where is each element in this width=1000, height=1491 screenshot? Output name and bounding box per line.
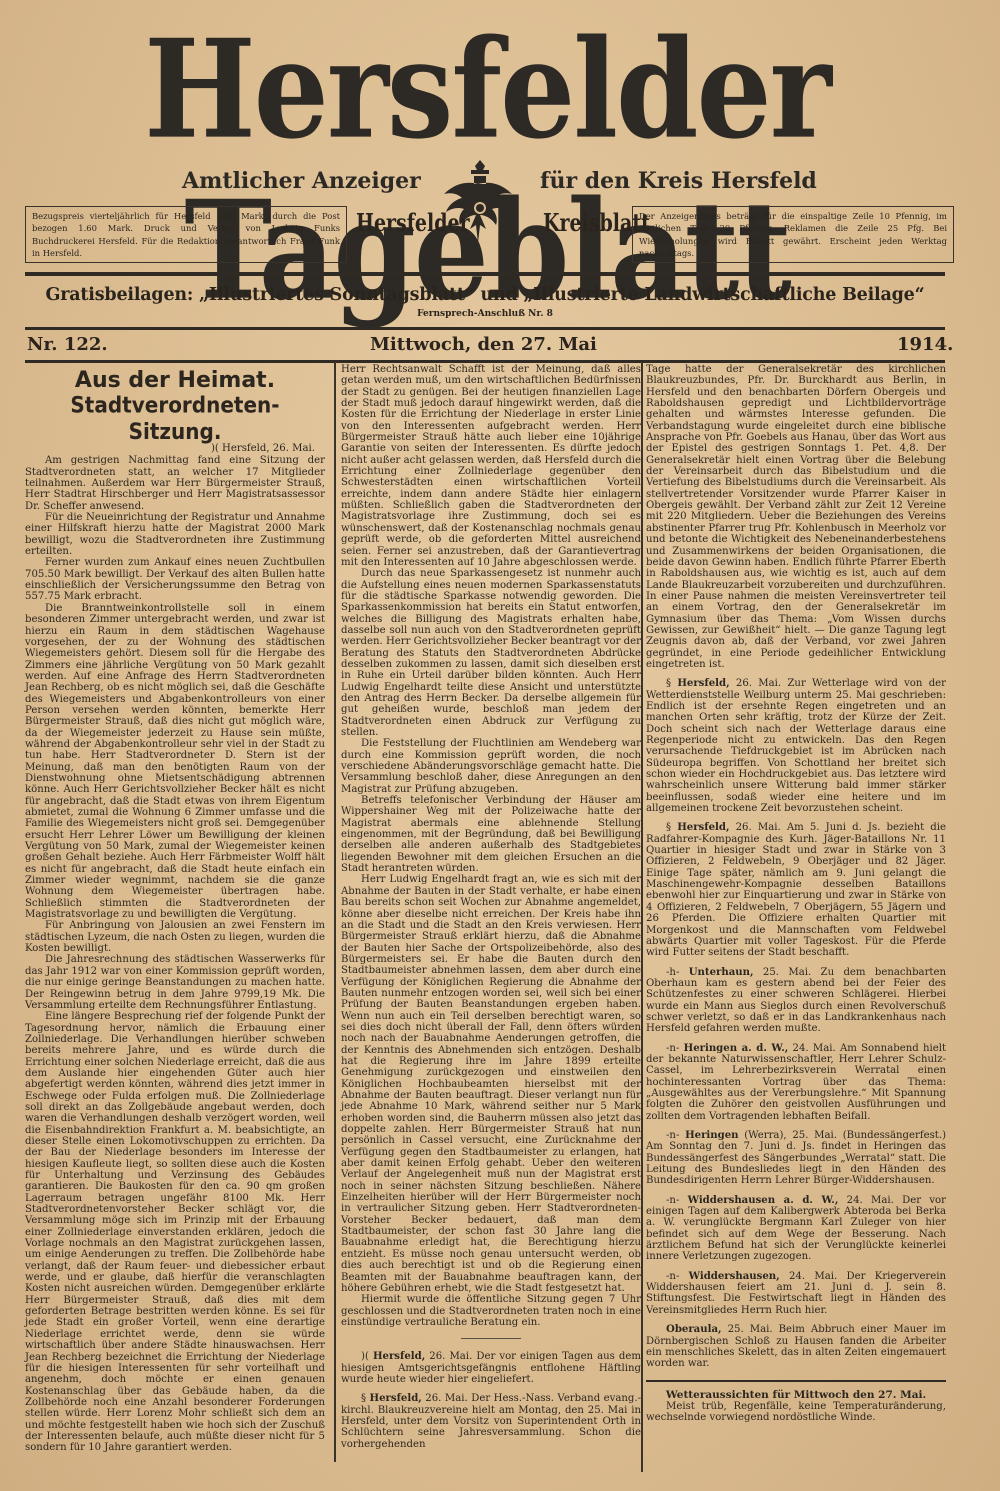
imperial-eagle-icon: [440, 158, 520, 253]
emblem-label-left: Hersfelder: [356, 209, 470, 238]
news-marker: §: [361, 1393, 366, 1404]
news-item: § Hersfeld, 26. Mai. Der Hess.-Nass. Ver…: [341, 1393, 641, 1450]
paragraph: Die Feststellung der Fluchtlinien am Wen…: [341, 738, 641, 795]
paragraph: Am gestrigen Nachmittag fand eine Sitzun…: [25, 455, 325, 512]
paragraph: Herr Rechtsanwalt Schafft ist der Meinun…: [341, 364, 641, 568]
news-place: Heringen: [685, 1129, 738, 1141]
column-1: Aus der Heimat. Stadtverordneten-Sitzung…: [25, 364, 325, 1454]
divider: [25, 360, 945, 363]
section-heading: Aus der Heimat.: [25, 368, 325, 394]
newspaper-page: Hersfelder Tageblatt Amtlicher Anzeiger …: [0, 0, 1000, 1491]
column-2: Herr Rechtsanwalt Schafft ist der Meinun…: [341, 364, 641, 1450]
article-dateline: )( Hersfeld, 26. Mai.: [25, 443, 315, 454]
news-date: 25. Mai.: [728, 1324, 773, 1335]
news-marker: §: [666, 822, 671, 833]
divider: [646, 1380, 946, 1382]
subscription-info-box: Bezugspreis vierteljährlich für Hersfeld…: [25, 206, 347, 263]
paragraph: Eine längere Besprechung rief der folgen…: [25, 1011, 325, 1453]
news-place: Oberaula,: [666, 1323, 722, 1335]
news-place: Heringen a. d. W.,: [684, 1042, 789, 1054]
news-item: )( Hersfeld, 26. Mai. Der vor einigen Ta…: [341, 1351, 641, 1385]
paragraph: Die Branntweinkontrollstelle soll in ein…: [25, 603, 325, 921]
news-marker: -n-: [666, 1043, 679, 1054]
news-marker: -n-: [666, 1195, 679, 1206]
supplements-line: Gratisbeilagen: „Illustriertes Sonntagsb…: [25, 285, 945, 305]
issue-date: Mittwoch, den 27. Mai: [370, 334, 597, 355]
news-marker: -h-: [666, 967, 679, 978]
news-text: Am 5. Juni d. Js. bezieht die Radfahrer-…: [646, 822, 946, 958]
paragraph: Für Anbringung von Jalousien an zwei Fen…: [25, 920, 325, 954]
news-place: Hersfeld,: [373, 1350, 425, 1362]
news-marker: §: [666, 678, 671, 689]
column-3: Tage hatte der Generalsekretär des kirch…: [646, 364, 946, 1424]
news-item: § Hersfeld, 26. Mai. Zur Wetterlage wird…: [646, 678, 946, 814]
news-item: -n- Heringen (Werra), 25. Mai. (Bundessä…: [646, 1130, 946, 1187]
news-date: 24. Mai.: [789, 1271, 837, 1282]
paragraph: Betreffs telefonischer Verbindung der Hä…: [341, 795, 641, 874]
news-date: 24. Mai.: [847, 1195, 894, 1206]
news-marker: )(: [361, 1351, 369, 1362]
weather-forecast: Meist trüb, Regenfälle, keine Temperatur…: [646, 1401, 946, 1424]
news-date: 26. Mai.: [429, 1351, 472, 1362]
paragraph: Durch das neue Sparkassengesetz ist nunm…: [341, 568, 641, 738]
issue-number: Nr. 122.: [27, 334, 108, 355]
advertising-info-box: Der Anzeigenpreis beträgt für die einspa…: [632, 206, 954, 263]
divider: [461, 1338, 521, 1339]
column-divider: [641, 362, 643, 1472]
news-item: -n- Heringen a. d. W., 24. Mai. Am Sonna…: [646, 1043, 946, 1122]
column-divider: [334, 362, 336, 1462]
weather-heading: Wetteraussichten für Mittwoch den 27. Ma…: [646, 1390, 946, 1401]
issue-year: 1914.: [897, 334, 953, 355]
paragraph: Hiermit wurde die öffentliche Sitzung ge…: [341, 1294, 641, 1328]
news-place: Widdershausen a. d. W.,: [688, 1194, 839, 1206]
paragraph: Herr Ludwig Engelhardt fragt an, wie es …: [341, 874, 641, 1294]
news-date: 24. Mai.: [793, 1043, 836, 1054]
paragraph: Ferner wurden zum Ankauf eines neuen Zuc…: [25, 557, 325, 602]
news-item: -n- Widdershausen, 24. Mai. Der Kriegerv…: [646, 1271, 946, 1316]
divider: [25, 327, 945, 330]
news-date: (Werra), 25. Mai.: [744, 1130, 837, 1141]
news-marker: -n-: [666, 1271, 679, 1282]
news-date: 26. Mai.: [425, 1393, 467, 1404]
news-date: 26. Mai.: [736, 678, 781, 689]
news-marker: -n-: [666, 1130, 679, 1141]
news-item: § Hersfeld, 26. Mai. Am 5. Juni d. Js. b…: [646, 822, 946, 958]
news-text: Am Sonnabend hielt der bekannte Naturwis…: [646, 1043, 946, 1122]
news-place: Hersfeld,: [677, 677, 729, 689]
news-text: Zur Wetterlage wird von der Wetterdienst…: [646, 678, 946, 814]
news-place: Hersfeld,: [677, 821, 729, 833]
masthead-subtitle-right: für den Kreis Hersfeld: [540, 168, 817, 194]
paragraph: Die Jahresrechnung des städtischen Wasse…: [25, 954, 325, 1011]
paragraph: Für die Neueinrichtung der Registratur u…: [25, 512, 325, 557]
news-item: Oberaula, 25. Mai. Beim Abbruch einer Ma…: [646, 1324, 946, 1369]
news-item-continued: Tage hatte der Generalsekretär des kirch…: [646, 364, 946, 670]
news-date: 25. Mai.: [763, 967, 811, 978]
article-title: Stadtverordneten-Sitzung.: [25, 392, 325, 445]
divider: [25, 272, 945, 276]
phone-line: Fernsprech-Anschluß Nr. 8: [25, 309, 945, 319]
news-place: Widdershausen,: [689, 1270, 780, 1282]
news-item: -n- Widdershausen a. d. W., 24. Mai. Der…: [646, 1195, 946, 1263]
news-place: Unterhaun,: [689, 966, 754, 978]
news-item: -h- Unterhaun, 25. Mai. Zu dem benachbar…: [646, 967, 946, 1035]
news-date: 26. Mai.: [736, 822, 781, 833]
masthead-subtitle-left: Amtlicher Anzeiger: [182, 168, 421, 194]
news-place: Hersfeld,: [370, 1392, 422, 1404]
